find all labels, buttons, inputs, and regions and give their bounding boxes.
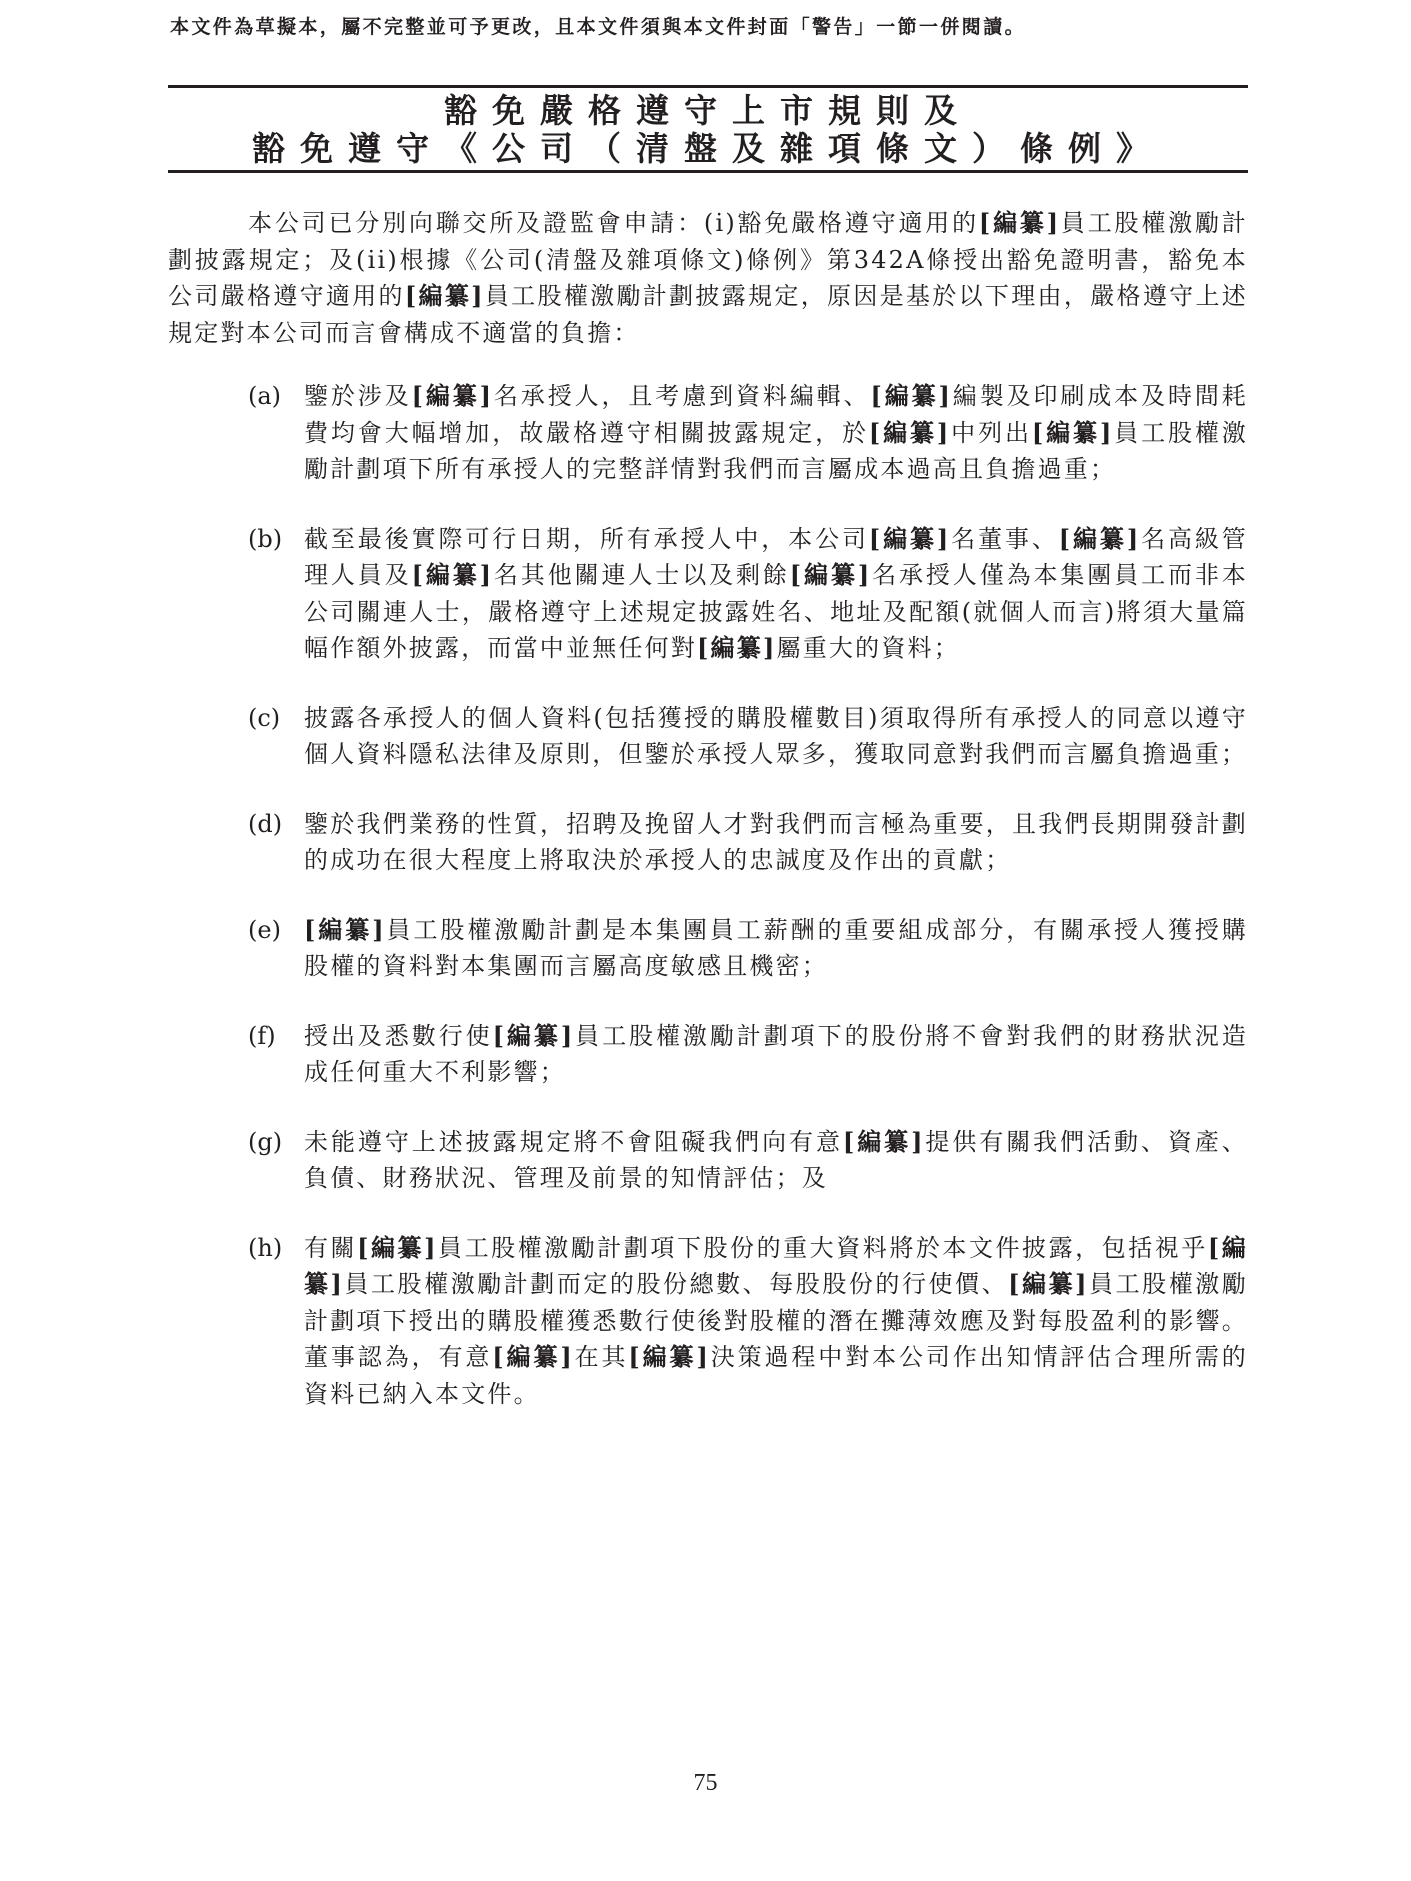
item-text: 披露各承授人的個人資料(包括獲授的購股權數目)須取得所有承授人的同意以遵守個人資…: [304, 700, 1248, 773]
title-top-rule: [168, 85, 1248, 88]
list-item: (e) [編纂]員工股權激勵計劃是本集團員工薪酬的重要組成部分，有關承授人獲授購…: [248, 912, 1248, 985]
page-number: 75: [0, 1770, 1411, 1797]
redacted-marker: [編纂]: [697, 633, 777, 662]
redacted-marker: [編纂]: [357, 1233, 438, 1262]
item-marker: (g): [248, 1124, 304, 1197]
redacted-marker: [編纂]: [412, 560, 494, 589]
list-item: (h) 有關[編纂]員工股權激勵計劃項下股份的重大資料將於本文件披露，包括視乎[…: [248, 1230, 1248, 1413]
redacted-marker: [編纂]: [870, 381, 952, 410]
page-title: 豁免嚴格遵守上市規則及 豁免遵守《公司（清盤及雜項條文）條例》: [168, 92, 1248, 168]
redacted-marker: [編纂]: [1032, 418, 1114, 447]
item-marker: (a): [248, 378, 304, 488]
redacted-marker: [編纂]: [492, 1342, 574, 1371]
redacted-marker: [編纂]: [628, 1342, 710, 1371]
intro-text: 本公司已分別向聯交所及證監會申請：(i)豁免嚴格遵守適用的: [248, 209, 979, 237]
item-text: 未能遵守上述披露規定將不會阻礙我們向有意[編纂]提供有關我們活動、資產、負債、財…: [304, 1124, 1248, 1197]
item-text: 授出及悉數行使[編纂]員工股權激勵計劃項下的股份將不會對我們的財務狀況造成任何重…: [304, 1018, 1248, 1091]
redacted-marker: [編纂]: [493, 1021, 575, 1050]
list-item: (d) 鑒於我們業務的性質，招聘及挽留人才對我們而言極為重要，且我們長期開發計劃…: [248, 806, 1248, 879]
title-line-2: 豁免遵守《公司（清盤及雜項條文）條例》: [168, 130, 1248, 168]
item-marker: (d): [248, 806, 304, 879]
list-item: (a) 鑒於涉及[編纂]名承授人，且考慮到資料編輯、[編纂]編製及印刷成本及時間…: [248, 378, 1248, 488]
draft-warning-banner: 本文件為草擬本，屬不完整並可予更改，且本文件須與本文件封面「警告」一節一併閱讀。: [170, 12, 1250, 42]
intro-paragraph: 本公司已分別向聯交所及證監會申請：(i)豁免嚴格遵守適用的[編纂]員工股權激勵計…: [168, 205, 1248, 351]
item-text: 截至最後實際可行日期，所有承授人中，本公司[編纂]名董事、[編纂]名高級管理人員…: [304, 521, 1248, 667]
list-item: (c) 披露各承授人的個人資料(包括獲授的購股權數目)須取得所有承授人的同意以遵…: [248, 700, 1248, 773]
list-item: (g) 未能遵守上述披露規定將不會阻礙我們向有意[編纂]提供有關我們活動、資產、…: [248, 1124, 1248, 1197]
item-text: [編纂]員工股權激勵計劃是本集團員工薪酬的重要組成部分，有關承授人獲授購股權的資…: [304, 912, 1248, 985]
redacted-marker: [編纂]: [869, 524, 951, 553]
title-line-1: 豁免嚴格遵守上市規則及: [168, 92, 1248, 130]
redacted-marker: [編纂]: [405, 281, 485, 310]
item-text: 有關[編纂]員工股權激勵計劃項下股份的重大資料將於本文件披露，包括視乎[編纂]員…: [304, 1230, 1248, 1413]
redacted-marker: [編纂]: [1059, 524, 1141, 553]
item-marker: (e): [248, 912, 304, 985]
reasons-list: (a) 鑒於涉及[編纂]名承授人，且考慮到資料編輯、[編纂]編製及印刷成本及時間…: [248, 378, 1248, 1412]
item-marker: (b): [248, 521, 304, 667]
redacted-marker: [編纂]: [843, 1127, 925, 1156]
redacted-marker: [編纂]: [1008, 1269, 1089, 1298]
item-marker: (h): [248, 1230, 304, 1413]
redacted-marker: [編纂]: [304, 915, 386, 944]
item-marker: (c): [248, 700, 304, 773]
redacted-marker: [編纂]: [412, 381, 494, 410]
redacted-marker: [編纂]: [979, 208, 1060, 237]
item-text: 鑒於涉及[編纂]名承授人，且考慮到資料編輯、[編纂]編製及印刷成本及時間耗費均會…: [304, 378, 1248, 488]
list-item: (f) 授出及悉數行使[編纂]員工股權激勵計劃項下的股份將不會對我們的財務狀況造…: [248, 1018, 1248, 1091]
redacted-marker: [編纂]: [790, 560, 872, 589]
list-item: (b) 截至最後實際可行日期，所有承授人中，本公司[編纂]名董事、[編纂]名高級…: [248, 521, 1248, 667]
item-marker: (f): [248, 1018, 304, 1091]
item-text: 鑒於我們業務的性質，招聘及挽留人才對我們而言極為重要，且我們長期開發計劃的成功在…: [304, 806, 1248, 879]
redacted-marker: [編纂]: [869, 418, 951, 447]
title-bottom-rule: [168, 170, 1248, 173]
